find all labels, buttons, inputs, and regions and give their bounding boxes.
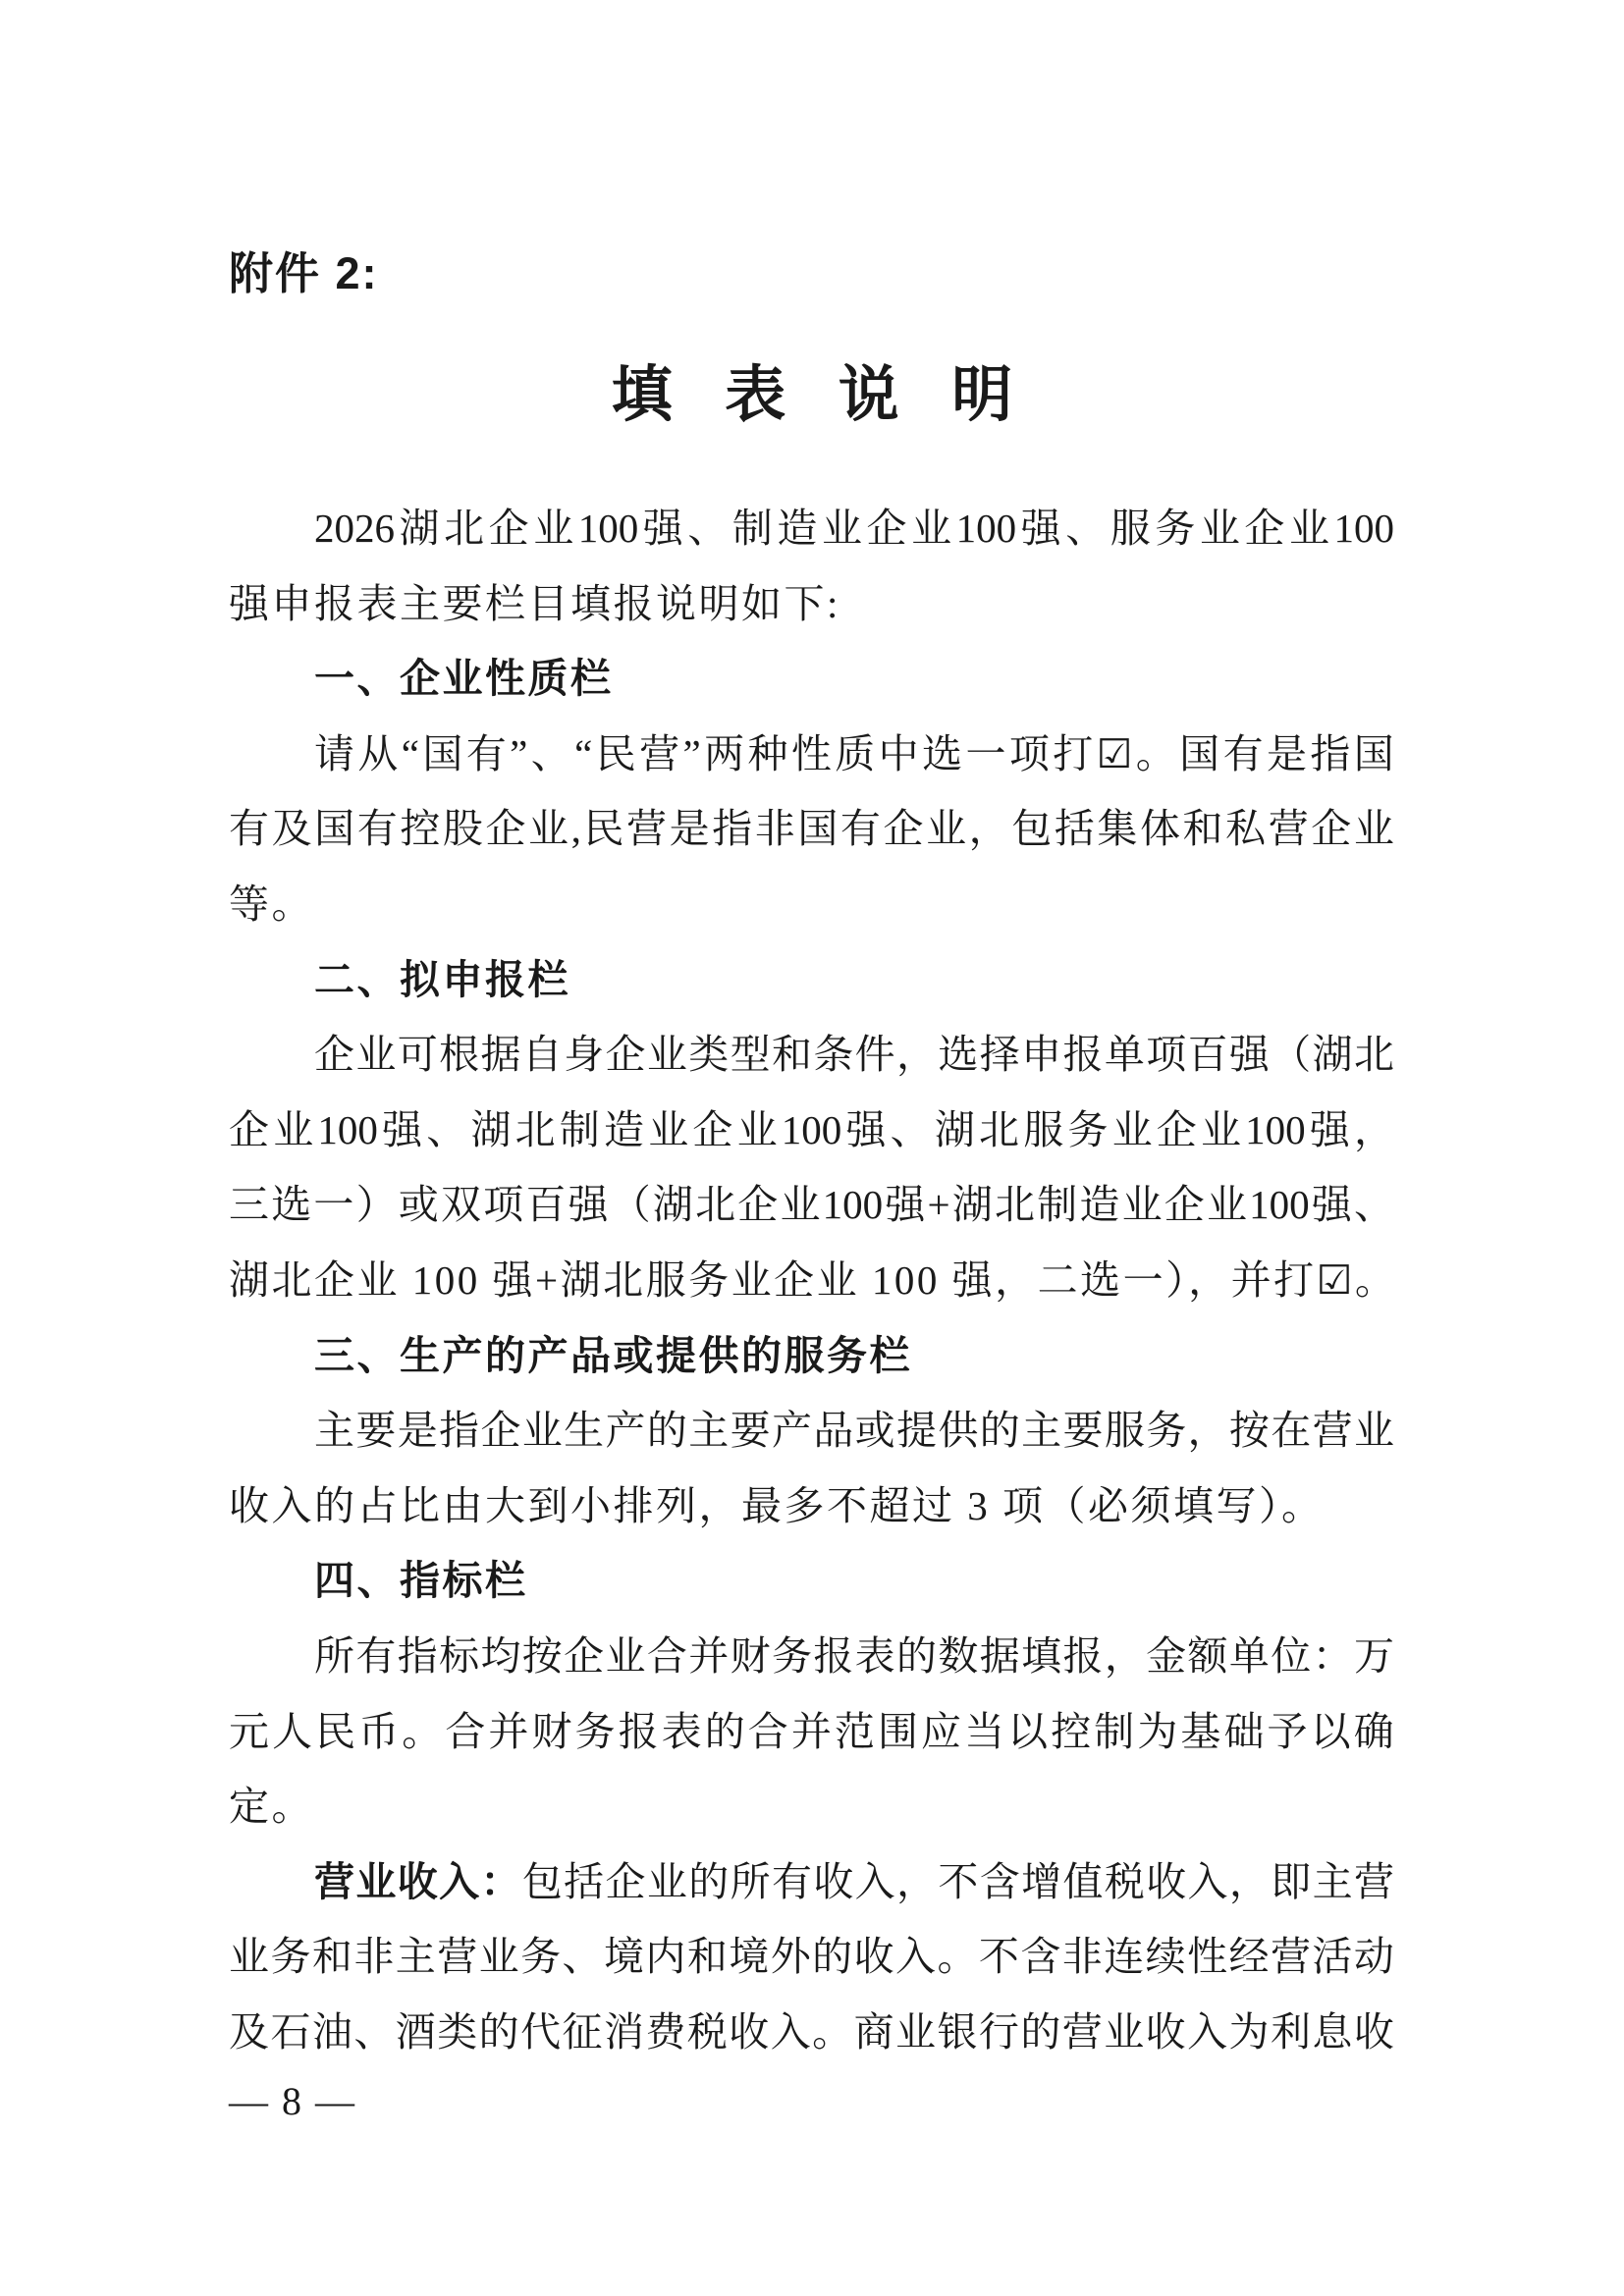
text-token: 征 — [563, 1995, 603, 2070]
text-token: 业 — [780, 1167, 820, 1243]
text-token: 控 — [400, 791, 440, 867]
text-line: 二、拟申报栏 — [229, 942, 1394, 1018]
text-token: 。 — [1136, 717, 1176, 792]
text-token: 并 — [688, 1619, 729, 1694]
text-token: 入 — [1188, 1844, 1228, 1920]
text-token: 均 — [480, 1619, 520, 1694]
text-token: 营 — [1269, 791, 1309, 867]
text-token: 含 — [980, 1844, 1020, 1920]
text-token: 要 — [355, 1393, 396, 1468]
line-text: 湖北企业 100 强+湖北服务业企业 100 强，二选一），并打☑。 — [229, 1257, 1397, 1303]
attachment-label: 附件 2: — [229, 243, 379, 304]
text-token: 制 — [560, 1093, 600, 1168]
text-token: 不 — [938, 1844, 978, 1920]
text-token: 营 — [1354, 1844, 1394, 1920]
text-token: 。 — [402, 1694, 442, 1770]
text-token: 非 — [1062, 1919, 1103, 1995]
text-token: 表 — [855, 1619, 895, 1694]
text-token: 在 — [1271, 1393, 1311, 1468]
text-token: 代 — [520, 1995, 561, 2070]
text-token: 含 — [1020, 1919, 1060, 1995]
text-line: 企业可根据自身企业类型和条件，选择申报单项百强（湖北 — [229, 1017, 1394, 1093]
text-token: 2026 — [314, 491, 395, 566]
line-text: 三、生产的产品或提供的服务栏 — [314, 1333, 912, 1378]
text-token: 并 — [488, 1694, 528, 1770]
text-token: 所 — [314, 1619, 354, 1694]
text-line: 三选一）或双项百强（湖北企业100强+湖北制造业企业100强、 — [229, 1167, 1394, 1243]
text-token: 企 — [314, 1017, 354, 1093]
text-token: 国 — [797, 791, 838, 867]
bold-lead-token: 入 — [439, 1844, 479, 1920]
text-line: 及石油、酒类的代征消费税收入。商业银行的营业收入为利息收 — [229, 1995, 1394, 2070]
text-token: 填 — [1021, 1619, 1061, 1694]
text-token: 择 — [980, 1017, 1020, 1093]
text-token: 不 — [979, 1919, 1019, 1995]
text-token: 息 — [1312, 1995, 1352, 2070]
text-token: 民 — [596, 717, 636, 792]
text-token: 企 — [229, 1093, 269, 1168]
text-token: 品 — [813, 1393, 853, 1468]
bold-lead-token: 业 — [355, 1844, 396, 1920]
text-token: 选 — [938, 1017, 978, 1093]
text-token: 主 — [1021, 1393, 1061, 1468]
text-token: 企 — [1157, 1093, 1197, 1168]
text-token: 造 — [604, 1093, 644, 1168]
text-token: 控 — [1051, 1694, 1091, 1770]
text-token: 费 — [645, 1995, 685, 2070]
text-token: 企 — [737, 1167, 778, 1243]
text-token: 产 — [606, 1393, 646, 1468]
text-line: 有及国有控股企业,民营是指非国有企业，包括集体和私营企业 — [229, 791, 1394, 867]
text-token: 三 — [229, 1167, 269, 1243]
text-token: 有 — [229, 791, 269, 867]
text-token: 及 — [272, 791, 312, 867]
text-token: 业 — [528, 791, 568, 867]
text-token: 内 — [645, 1919, 685, 1995]
text-token: 以 — [1007, 1694, 1048, 1770]
text-token: 入 — [1187, 1995, 1227, 2070]
text-token: 是 — [398, 1393, 438, 1468]
text-token: 北 — [695, 1167, 735, 1243]
text-token: 按 — [1229, 1393, 1270, 1468]
text-token: 或 — [855, 1393, 895, 1468]
text-token: 可 — [398, 1017, 438, 1093]
text-token: 银 — [937, 1995, 977, 2070]
text-token: 确 — [1354, 1694, 1394, 1770]
text-token: 酒 — [396, 1995, 436, 2070]
text-token: 百 — [525, 1167, 566, 1243]
text-token: 企 — [1164, 1167, 1205, 1243]
text-token: 予 — [1268, 1694, 1308, 1770]
text-token: 制 — [1094, 1694, 1134, 1770]
text-token: 务 — [575, 1694, 616, 1770]
text-token: 主 — [1313, 1844, 1353, 1920]
text-line: 三、生产的产品或提供的服务栏 — [229, 1318, 1394, 1394]
text-line: 请从“国有”、“民营”两种性质中选一项打☑。国有是指国 — [229, 717, 1394, 792]
text-token: 以 — [1311, 1694, 1351, 1770]
text-token: 湖 — [653, 1167, 693, 1243]
text-token: 经 — [1229, 1919, 1270, 1995]
line-text: 二、拟申报栏 — [314, 957, 570, 1002]
text-line: 一、企业性质栏 — [229, 641, 1394, 717]
text-token: 营 — [1062, 1995, 1103, 2070]
text-token: 营 — [437, 1919, 477, 1995]
text-token: 生 — [564, 1393, 604, 1468]
text-token: 动 — [1354, 1919, 1394, 1995]
text-token: 要 — [1062, 1393, 1103, 1468]
text-token: 单 — [1229, 1619, 1270, 1694]
text-token: 收 — [1354, 1995, 1394, 2070]
text-token: 北 — [515, 1093, 556, 1168]
text-token: 主 — [314, 1393, 354, 1468]
text-token: 业 — [1112, 1093, 1153, 1168]
document-page: 附件 2: 填 表 说 明 2026湖北企业100强、制造业企业100强、服务业… — [0, 0, 1624, 2296]
text-token: “ — [574, 717, 592, 792]
text-token: 务 — [772, 1619, 812, 1694]
text-token: 根 — [439, 1017, 479, 1093]
text-token: 金 — [1146, 1619, 1186, 1694]
text-token: 单 — [1105, 1017, 1145, 1093]
text-token: 合 — [748, 1694, 788, 1770]
text-token: 企 — [1244, 491, 1284, 566]
text-token: 、 — [563, 1919, 603, 1995]
text-token: 申 — [1021, 1017, 1061, 1093]
text-token: 北 — [995, 1167, 1035, 1243]
text-token: 国 — [1354, 717, 1394, 792]
text-line: 2026湖北企业100强、制造业企业100强、服务业企业100 — [229, 491, 1394, 566]
text-token: 企 — [564, 1619, 604, 1694]
text-token: 、 — [531, 717, 571, 792]
text-token: 报 — [619, 1694, 659, 1770]
text-token: 强 — [1229, 1017, 1270, 1093]
text-token: 合 — [647, 1619, 687, 1694]
text-token: 100 — [1333, 491, 1394, 566]
text-token: 数 — [938, 1619, 978, 1694]
text-line: 营业收入：包括企业的所有收入，不含增值税收入，即主营 — [229, 1844, 1394, 1920]
text-token: 是 — [1267, 717, 1307, 792]
text-token: + — [928, 1167, 950, 1243]
text-token: 湖 — [952, 1167, 993, 1243]
text-token: 种 — [748, 717, 788, 792]
text-token: ， — [1229, 1844, 1270, 1920]
text-token: 务 — [1146, 1393, 1186, 1468]
text-token: 财 — [531, 1694, 571, 1770]
text-token: 强 — [1021, 491, 1061, 566]
text-token: 是 — [670, 791, 710, 867]
text-token: 业 — [1200, 491, 1240, 566]
text-token: 100 — [578, 491, 639, 566]
text-token: 企 — [606, 1844, 646, 1920]
text-token: 有 — [1223, 717, 1264, 792]
text-token: ： — [1313, 1619, 1353, 1694]
text-token: 强 — [382, 1093, 422, 1168]
text-token: 、 — [1065, 491, 1106, 566]
text-token: 主 — [688, 1393, 729, 1468]
text-token: 的 — [479, 1995, 519, 2070]
text-line: 湖北企业 100 强+湖北服务业企业 100 强，二选一），并打☑。 — [229, 1243, 1394, 1318]
text-token: 收 — [813, 1844, 853, 1920]
text-token: 的 — [688, 1844, 729, 1920]
text-token: 国 — [314, 791, 354, 867]
text-line: 元人民币。合并财务报表的合并范围应当以控制为基础予以确 — [229, 1694, 1394, 1770]
text-token: 报 — [1062, 1017, 1103, 1093]
bold-lead-token: ： — [480, 1844, 520, 1920]
text-token: 企 — [692, 1093, 732, 1168]
text-token: 两 — [704, 717, 744, 792]
text-token: 、 — [891, 1093, 931, 1168]
text-token: 制 — [732, 491, 773, 566]
text-token: 身 — [564, 1017, 604, 1093]
text-token: 营 — [639, 717, 679, 792]
text-token: 项 — [1009, 717, 1050, 792]
text-token: 有 — [840, 791, 881, 867]
text-token: 质 — [835, 717, 875, 792]
text-token: 北 — [1354, 1017, 1394, 1093]
text-token: 产 — [772, 1393, 812, 1468]
text-token: 有 — [466, 717, 507, 792]
text-token: 性 — [791, 717, 832, 792]
text-token: 和 — [1183, 791, 1223, 867]
text-token: 100 — [823, 1167, 884, 1243]
text-token: 为 — [1137, 1694, 1177, 1770]
text-token: 的 — [647, 1393, 687, 1468]
text-token: 型 — [731, 1017, 771, 1093]
text-line: 收入的占比由大到小排列，最多不超过 3 项（必须填写）。 — [229, 1468, 1394, 1544]
text-token: 所 — [731, 1844, 771, 1920]
text-line: 定。 — [229, 1769, 1394, 1844]
text-token: 请 — [314, 717, 354, 792]
text-token: 私 — [1225, 791, 1266, 867]
text-token: 和 — [312, 1919, 352, 1995]
text-token: 额 — [1188, 1619, 1228, 1694]
text-token: 营 — [626, 791, 667, 867]
text-token: 选 — [922, 717, 962, 792]
text-token: 企 — [480, 1393, 520, 1468]
text-token: 连 — [1104, 1919, 1144, 1995]
text-line: 四、指标栏 — [229, 1543, 1394, 1619]
text-token: 从 — [357, 717, 398, 792]
text-token: 业 — [522, 1393, 563, 1468]
text-token: 当 — [964, 1694, 1004, 1770]
text-token: 非 — [755, 791, 795, 867]
text-token: 有 — [355, 1619, 396, 1694]
text-token: 业 — [273, 1093, 313, 1168]
line-text: 定。 — [229, 1784, 314, 1829]
text-token: 收 — [854, 1919, 894, 1995]
text-token: 括 — [1055, 791, 1095, 867]
bold-lead-token: 收 — [398, 1844, 438, 1920]
text-token: 、 — [426, 1093, 466, 1168]
text-token: 制 — [1037, 1167, 1077, 1243]
text-token: 强 — [845, 1093, 886, 1168]
text-token: 指 — [712, 791, 752, 867]
text-token: ☑ — [1097, 717, 1133, 792]
text-token: 收 — [729, 1995, 769, 2070]
text-token: 业 — [647, 1844, 687, 1920]
text-token: 外 — [771, 1919, 811, 1995]
text-token: 币 — [358, 1694, 399, 1770]
text-token: 打 — [1053, 717, 1093, 792]
text-token: 北 — [979, 1093, 1019, 1168]
text-token: 股 — [443, 791, 483, 867]
text-token: 和 — [772, 1017, 812, 1093]
text-token: 业 — [648, 1093, 688, 1168]
text-token: （ — [1271, 1017, 1311, 1093]
text-token: 据 — [980, 1619, 1020, 1694]
text-token: 包 — [522, 1844, 563, 1920]
text-token: 报 — [813, 1619, 853, 1694]
text-token: 业 — [1201, 1093, 1241, 1168]
text-token: 一 — [313, 1167, 353, 1243]
text-token: 有 — [772, 1844, 812, 1920]
text-token: 业 — [606, 1619, 646, 1694]
text-token: ， — [1105, 1619, 1145, 1694]
text-token: 的 — [896, 1619, 937, 1694]
text-token: 湖 — [400, 491, 440, 566]
text-token: 务 — [520, 1919, 561, 1995]
line-text: 收入的占比由大到小排列，最多不超过 3 项（必须填写）。 — [229, 1483, 1325, 1528]
text-token: 100 — [1249, 1167, 1310, 1243]
text-token: 要 — [731, 1393, 771, 1468]
text-token: 境 — [729, 1919, 769, 1995]
text-token: 的 — [980, 1393, 1020, 1468]
text-token: 企 — [867, 491, 907, 566]
text-token: 。 — [937, 1919, 977, 1995]
text-token: 收 — [1146, 1844, 1186, 1920]
text-token: 收 — [1146, 1995, 1186, 2070]
text-token: 标 — [439, 1619, 479, 1694]
document-body: 2026湖北企业100强、制造业企业100强、服务业企业100强申报表主要栏目填… — [229, 491, 1394, 2069]
text-token: 指 — [398, 1619, 438, 1694]
text-token: 湖 — [1313, 1017, 1353, 1093]
text-line: 等。 — [229, 867, 1394, 942]
text-line: 主要是指企业生产的主要产品或提供的主要服务，按在营业 — [229, 1393, 1394, 1468]
text-token: ， — [1188, 1393, 1228, 1468]
text-token: 应 — [921, 1694, 961, 1770]
text-token: 人 — [272, 1694, 312, 1770]
text-token: 活 — [1312, 1919, 1352, 1995]
text-token: 北 — [444, 491, 484, 566]
text-token: 企 — [485, 791, 525, 867]
text-token: 及 — [229, 1995, 269, 2070]
text-token: 项 — [483, 1167, 523, 1243]
text-token: 100 — [317, 1093, 378, 1168]
text-token: 集 — [1097, 791, 1137, 867]
text-token: 业 — [533, 491, 573, 566]
text-token: 业 — [822, 491, 862, 566]
text-token: 强 — [568, 1167, 609, 1243]
text-token: 主 — [396, 1919, 436, 1995]
text-token: 业 — [926, 791, 966, 867]
text-line: 业务和非主营业务、境内和境外的收入。不含非连续性经营活动 — [229, 1919, 1394, 1995]
text-token: 务 — [270, 1919, 310, 1995]
text-token: 合 — [445, 1694, 485, 1770]
text-token: 消 — [604, 1995, 644, 2070]
text-token: （ — [611, 1167, 651, 1243]
text-token: 表 — [662, 1694, 702, 1770]
text-token: 一 — [965, 717, 1005, 792]
text-token: 自 — [522, 1017, 563, 1093]
text-token: 服 — [1023, 1093, 1063, 1168]
text-token: 、 — [687, 491, 728, 566]
text-token: 强 — [1312, 1167, 1352, 1243]
text-token: 入 — [895, 1919, 936, 1995]
text-token: 、 — [1354, 1167, 1394, 1243]
text-token: 百 — [1188, 1017, 1228, 1093]
text-token: 100 — [956, 491, 1017, 566]
text-token: 务 — [1067, 1093, 1108, 1168]
text-token: 业 — [737, 1093, 778, 1168]
text-token: 湖 — [470, 1093, 511, 1168]
text-token: 企 — [884, 791, 924, 867]
text-token: 国 — [1179, 717, 1219, 792]
text-token: 和 — [687, 1919, 728, 1995]
text-token: 提 — [896, 1393, 937, 1468]
text-token: 入 — [855, 1844, 895, 1920]
text-token: 选 — [271, 1167, 311, 1243]
text-line: 所有指标均按企业合并财务报表的数据填报，金额单位：万 — [229, 1619, 1394, 1694]
text-token: 石 — [270, 1995, 310, 2070]
text-token: 项 — [1146, 1017, 1186, 1093]
text-token: 的 — [1020, 1995, 1060, 2070]
text-line: 企业100强、湖北制造业企业100强、湖北服务业企业100强， — [229, 1093, 1394, 1168]
text-token: 非 — [353, 1919, 394, 1995]
line-text: 四、指标栏 — [314, 1558, 528, 1603]
text-token: 行 — [979, 1995, 1019, 2070]
text-token: 税 — [687, 1995, 728, 2070]
text-token: 、 — [353, 1995, 394, 2070]
text-token: 业 — [355, 1017, 396, 1093]
text-token: 括 — [564, 1844, 604, 1920]
text-token: 的 — [705, 1694, 745, 1770]
text-token: 按 — [522, 1619, 563, 1694]
text-token: 务 — [1155, 491, 1195, 566]
text-token: 件 — [855, 1017, 895, 1093]
text-token: 中 — [879, 717, 919, 792]
text-token: 造 — [1079, 1167, 1119, 1243]
text-line: 强申报表主要栏目填报说明如下: — [229, 566, 1394, 642]
text-token: 财 — [731, 1619, 771, 1694]
text-token: 或 — [399, 1167, 439, 1243]
text-token: 业 — [229, 1919, 269, 1995]
text-token: 础 — [1223, 1694, 1264, 1770]
line-text: 强申报表主要栏目填报说明如下: — [229, 581, 840, 626]
text-token: 体 — [1140, 791, 1180, 867]
text-token: 基 — [1180, 1694, 1220, 1770]
text-token: 境 — [604, 1919, 644, 1995]
text-token: 双 — [441, 1167, 481, 1243]
text-token: 营 — [1313, 1393, 1353, 1468]
text-token: 民 — [315, 1694, 355, 1770]
text-token: ” — [683, 717, 701, 792]
text-token: 业 — [1354, 1393, 1394, 1468]
text-token: , — [571, 791, 581, 867]
text-token: 包 — [1011, 791, 1052, 867]
text-token: 强 — [885, 1167, 925, 1243]
text-token: 有 — [357, 791, 398, 867]
text-token: 企 — [1311, 791, 1351, 867]
text-token: 民 — [583, 791, 623, 867]
text-token: 税 — [1105, 1844, 1145, 1920]
text-token: 据 — [480, 1017, 520, 1093]
text-token: 业 — [1289, 491, 1329, 566]
text-token: 业 — [1207, 1167, 1247, 1243]
text-token: 为 — [1229, 1995, 1270, 2070]
text-token: 油 — [312, 1995, 352, 2070]
text-token: 范 — [835, 1694, 875, 1770]
text-token: 指 — [439, 1393, 479, 1468]
text-token: 强 — [643, 491, 683, 566]
